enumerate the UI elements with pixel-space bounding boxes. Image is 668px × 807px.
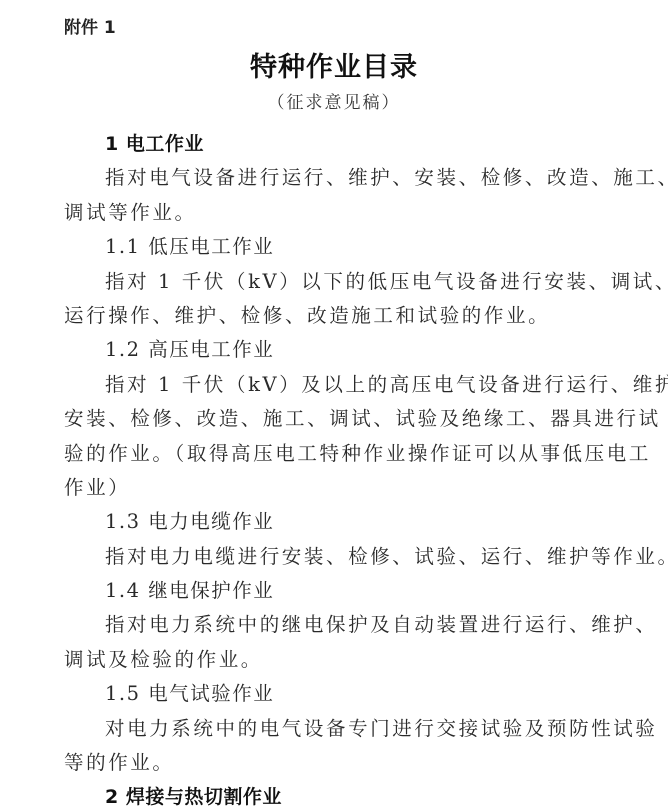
paragraph-line: 指对电力系统中的继电保护及自动装置进行运行、维护、 <box>64 608 624 642</box>
subsection-heading-1-5: 1.5 电气试验作业 <box>64 677 624 711</box>
paragraph-line: 作业） <box>64 471 624 505</box>
paragraph-line: 指对电气设备进行运行、维护、安装、检修、改造、施工、 <box>64 161 624 195</box>
paragraph-line: 指对 1 千伏（kV）及以上的高压电气设备进行运行、维护、 <box>64 368 624 402</box>
document-title: 特种作业目录 <box>0 45 668 84</box>
subsection-heading-1-1: 1.1 低压电工作业 <box>64 230 624 264</box>
document-body: 1 电工作业 指对电气设备进行运行、维护、安装、检修、改造、施工、 调试等作业。… <box>64 127 624 807</box>
paragraph-line: 等的作业。 <box>64 746 624 780</box>
paragraph-line: 调试及检验的作业。 <box>64 643 624 677</box>
paragraph-line: 调试等作业。 <box>64 196 624 230</box>
paragraph-line: 指对电力电缆进行安装、检修、试验、运行、维护等作业。 <box>64 540 624 574</box>
section-heading-1: 1 电工作业 <box>64 127 624 161</box>
attachment-label: 附件 1 <box>64 13 116 38</box>
document-subtitle: （征求意见稿） <box>0 88 668 113</box>
paragraph-line: 指对 1 千伏（kV）以下的低压电气设备进行安装、调试、 <box>64 265 624 299</box>
section-heading-2: 2 焊接与热切割作业 <box>64 780 624 807</box>
paragraph-line: 验的作业。（取得高压电工特种作业操作证可以从事低压电工 <box>64 437 624 471</box>
paragraph-line: 运行操作、维护、检修、改造施工和试验的作业。 <box>64 299 624 333</box>
subsection-heading-1-3: 1.3 电力电缆作业 <box>64 505 624 539</box>
paragraph-line: 安装、检修、改造、施工、调试、试验及绝缘工、器具进行试 <box>64 402 624 436</box>
document-page: 附件 1 特种作业目录 （征求意见稿） 1 电工作业 指对电气设备进行运行、维护… <box>0 0 668 807</box>
paragraph-line: 对电力系统中的电气设备专门进行交接试验及预防性试验 <box>64 712 624 746</box>
subsection-heading-1-4: 1.4 继电保护作业 <box>64 574 624 608</box>
subsection-heading-1-2: 1.2 高压电工作业 <box>64 333 624 367</box>
